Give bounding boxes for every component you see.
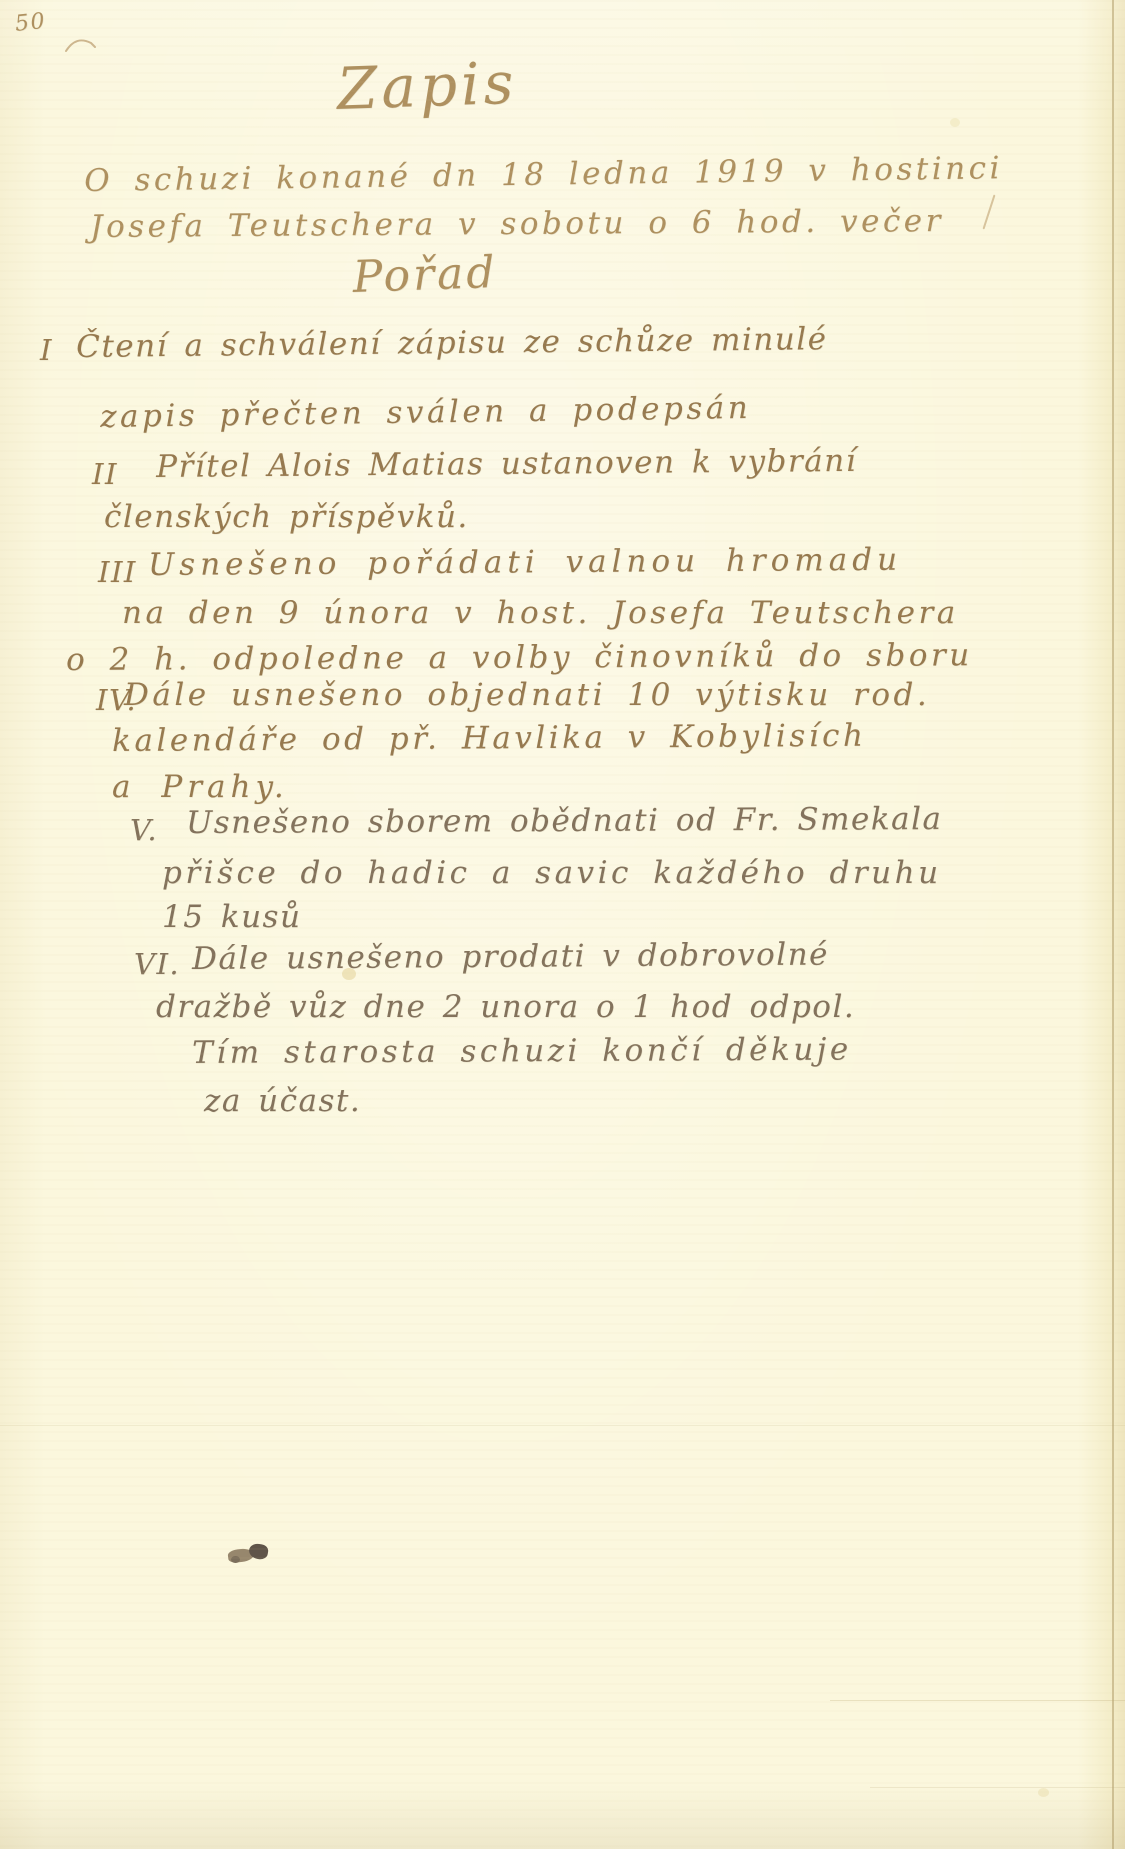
item-line: Dále usnešeno objednati 10 výtisku rod. (124, 680, 930, 711)
item-line: na den 9 února v host. Josefa Teutschera (122, 598, 959, 629)
item-numeral: II (92, 460, 118, 489)
document-title: Zapis (336, 54, 518, 118)
item-line: Přítel Alois Matias ustanoven k vybrání (156, 446, 857, 483)
item-numeral: V. (130, 816, 158, 845)
item-line: Usnešeno sborem obědnati od Fr. Smekala (186, 804, 943, 839)
item-line: Tím starosta schuzi končí děkuje (192, 1035, 852, 1069)
foxing-spot (1038, 1788, 1049, 1797)
item-line: 15 kusů (162, 902, 301, 933)
item-line: za účast. (204, 1086, 361, 1117)
item-line: Dále usnešeno prodati v dobrovolné (192, 940, 829, 975)
stray-pen-stroke (982, 195, 995, 230)
paper-crease (830, 1700, 1125, 1701)
intro-line: Josefa Teutschera v sobotu o 6 hod. veče… (90, 206, 944, 243)
paper-crease (870, 1787, 1125, 1788)
pen-squiggle-mark (64, 34, 98, 56)
item-line: kalendáře od př. Havlika v Kobylisích (112, 721, 867, 757)
item-numeral: VI. (134, 950, 180, 979)
item-numeral: III (98, 558, 137, 587)
item-line: a Prahy. (112, 772, 289, 803)
item-line: Usnešeno pořádati valnou hromadu (148, 545, 902, 581)
foxing-spot (950, 118, 960, 127)
paper-crease (0, 1425, 1125, 1426)
page-number: 50 (14, 11, 47, 36)
item-line: Čtení a schválení zápisu ze schůze minul… (76, 324, 828, 363)
page-edge-line (1112, 0, 1114, 1849)
ink-smudge-blob (231, 1556, 240, 1563)
item-line: členských příspěvků. (104, 502, 469, 533)
ink-smudge (228, 1543, 274, 1565)
item-line: zapis přečten sválen a podepsán (100, 393, 751, 433)
scanned-minutes-page: 50 Zapis O schuzi konané dn 18 ledna 191… (0, 0, 1125, 1849)
item-line: přišce do hadic a savic každého druhu (162, 858, 942, 889)
item-line: dražbě vůz dne 2 unora o 1 hod odpol. (156, 992, 855, 1023)
intro-line: O schuzi konané dn 18 ledna 1919 v hosti… (84, 153, 1003, 197)
item-numeral: I (40, 336, 53, 365)
item-line: o 2 h. odpoledne a volby činovníků do sb… (66, 640, 973, 676)
agenda-heading: Pořad (352, 251, 498, 300)
